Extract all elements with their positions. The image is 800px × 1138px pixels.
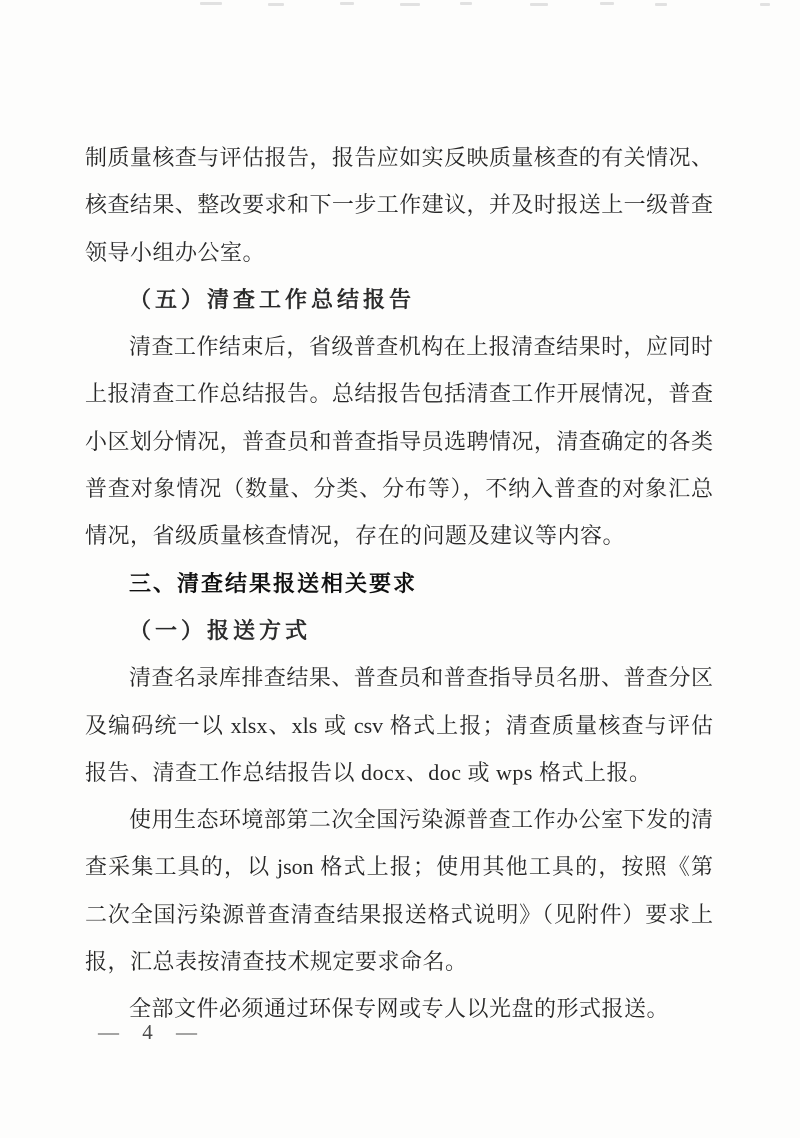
document-page: 制质量核查与评估报告，报告应如实反映质量核查的有关情况、 核查结果、整改要求和下… (0, 0, 800, 1138)
scan-artifact (530, 3, 548, 6)
body-text-line: 二次全国污染源普查清查结果报送格式说明》（见附件）要求上 (85, 891, 713, 938)
scan-artifact (200, 2, 222, 5)
body-text-line: 情况，省级质量核查情况，存在的问题及建议等内容。 (85, 512, 713, 559)
scan-artifact (600, 2, 614, 5)
body-text-line: 清查工作结束后，省级普查机构在上报清查结果时，应同时 (85, 323, 713, 370)
body-text-line: 制质量核查与评估报告，报告应如实反映质量核查的有关情况、 (85, 134, 713, 181)
body-text-line: 核查结果、整改要求和下一步工作建议，并及时报送上一级普查 (85, 181, 713, 228)
document-text-block: 制质量核查与评估报告，报告应如实反映质量核查的有关情况、 核查结果、整改要求和下… (85, 134, 713, 1033)
scan-artifact (340, 2, 354, 5)
body-text-line: 使用生态环境部第二次全国污染源普查工作办公室下发的清 (85, 796, 713, 843)
body-text-line: 查采集工具的，以 json 格式上报；使用其他工具的，按照《第 (85, 843, 713, 890)
section-heading-3: 三、清查结果报送相关要求 (85, 560, 713, 607)
scan-artifact (760, 3, 770, 6)
scan-artifact (460, 2, 472, 5)
scan-artifact (655, 3, 667, 6)
body-text-line: 领导小组办公室。 (85, 229, 713, 276)
body-text-line: 普查对象情况（数量、分类、分布等），不纳入普查的对象汇总 (85, 465, 713, 512)
scan-artifact (400, 3, 420, 6)
body-text-line: 小区划分情况，普查员和普查指导员选聘情况，清查确定的各类 (85, 418, 713, 465)
body-text-line: 上报清查工作总结报告。总结报告包括清查工作开展情况，普查 (85, 370, 713, 417)
body-text-line: 报告、清查工作总结报告以 docx、doc 或 wps 格式上报。 (85, 749, 713, 796)
body-text-line: 及编码统一以 xlsx、xls 或 csv 格式上报；清查质量核查与评估 (85, 702, 713, 749)
page-number: — 4 — (98, 1020, 199, 1045)
scan-artifact (268, 3, 284, 6)
subsection-heading-3-1: （一）报送方式 (85, 607, 713, 654)
subsection-heading-5: （五）清查工作总结报告 (85, 276, 713, 323)
body-text-line: 清查名录库排查结果、普查员和普查指导员名册、普查分区 (85, 654, 713, 701)
body-text-line: 报，汇总表按清查技术规定要求命名。 (85, 938, 713, 985)
